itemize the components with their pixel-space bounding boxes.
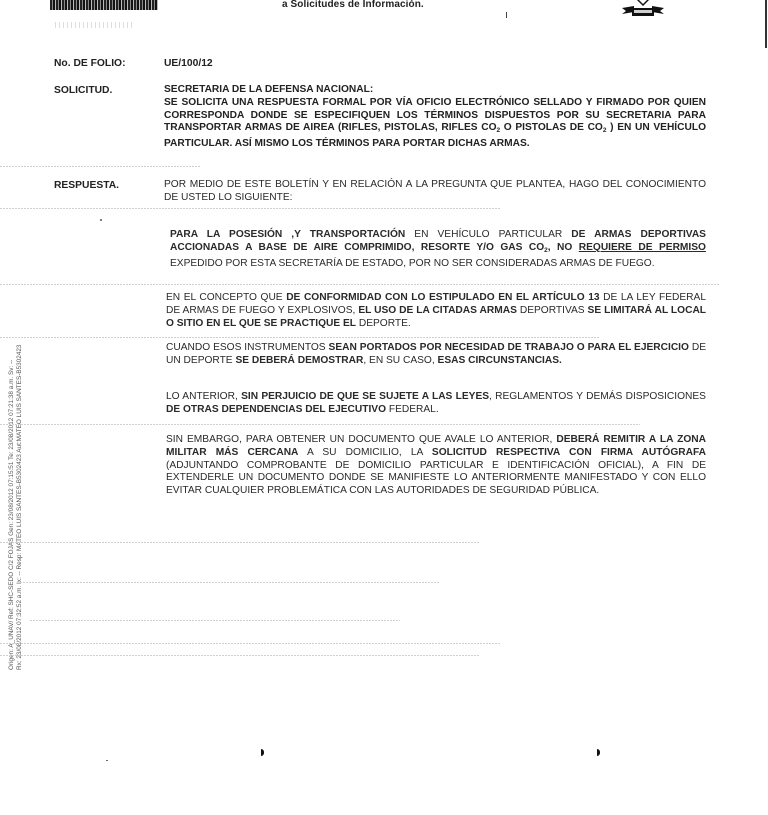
scan-artifact-line [0,643,500,644]
institution-logo [50,0,158,10]
text-bold: SEAN PORTADOS POR NECESIDAD DE TRABAJO O… [329,342,689,353]
scan-artifact-line [0,655,480,656]
scan-mark [506,12,507,18]
text: (ADJUNTANDO COMPROBANTE DE DOMICILIO PAR… [166,460,706,497]
header-subtitle: a Solicitudes de Información. [282,0,424,10]
text: DEPORTE. [356,318,411,329]
solicitud-body: SE SOLICITA UNA RESPUESTA FORMAL POR VÍA… [164,97,706,151]
text: DEPORTIVAS [517,305,588,316]
text-bold: SOLICITUD RESPECTIVA CON FIRMA AUTÓGRAFA [432,447,706,458]
text: FEDERAL. [386,404,439,415]
text: , REGLAMENTOS Y DEMÁS DISPOSICIONES [489,391,706,402]
punch-hole-mark [597,749,600,756]
scan-artifact-line [0,208,500,209]
scan-speck [106,760,108,761]
text: EN EL CONCEPTO QUE [166,292,286,303]
text-bold: SE DEBERÁ DEMOSTRAR [235,355,363,366]
folio-label: No. DE FOLIO: [54,58,126,69]
punch-hole-mark [261,749,264,756]
text: LO ANTERIOR, [166,391,241,402]
text: , EN SU CASO, [363,355,437,366]
respuesta-paragraph-4: LO ANTERIOR, SIN PERJUICIO DE QUE SE SUJ… [166,391,706,417]
scan-artifact-line [0,166,200,167]
scan-artifact-line [20,582,440,583]
scanned-document-page: a Solicitudes de Información. Origen: A_… [0,0,768,815]
page-edge-mark [765,0,767,48]
text-bold-underline: REQUIERE DE PERMISO [579,242,706,253]
respuesta-paragraph-5: SIN EMBARGO, PARA OBTENER UN DOCUMENTO Q… [166,434,706,498]
folio-value: UE/100/12 [164,58,706,69]
respuesta-label: RESPUESTA. [54,180,119,191]
respuesta-intro: POR MEDIO DE ESTE BOLETÍN Y EN RELACIÓN … [164,179,706,205]
government-emblem-icon [620,0,666,18]
scan-artifact-line [0,424,640,425]
text-bold: PARA LA POSESIÓN ,Y TRANSPORTACIÓN [170,229,405,240]
solicitud-body-part: O PISTOLAS DE CO [500,122,603,133]
scan-speck [100,219,102,221]
respuesta-paragraph-1: PARA LA POSESIÓN ,Y TRANSPORTACIÓN EN VE… [170,229,706,270]
respuesta-paragraph-2: EN EL CONCEPTO QUE DE CONFORMIDAD CON LO… [166,292,706,330]
solicitud-recipient: SECRETARIA DE LA DEFENSA NACIONAL: [164,84,706,97]
text: A SU DOMICILIO, LA [298,447,431,458]
text-bold: ESAS CIRCUNSTANCIAS. [438,355,562,366]
text-bold: DE OTRAS DEPENDENCIAS DEL EJECUTIVO [166,404,386,415]
text-bold: EL USO DE LA CITADAS ARMAS [358,305,517,316]
scan-artifact-line [0,284,720,285]
text: EN VEHÍCULO PARTICULAR [405,229,571,240]
scan-artifact-line [0,337,600,338]
text: EXPEDIDO POR ESTA SECRETARÍA DE ESTADO, … [170,258,655,269]
text: CUANDO ESOS INSTRUMENTOS [166,342,329,353]
respuesta-paragraph-3: CUANDO ESOS INSTRUMENTOS SEAN PORTADOS P… [166,342,706,368]
text: SIN EMBARGO, PARA OBTENER UN DOCUMENTO Q… [166,434,556,445]
text-bold: SIN PERJUICIO DE QUE SE SUJETE A LAS LEY… [241,391,489,402]
text-bold: , NO [548,242,579,253]
margin-stamp-origin: Origen: A_UNAV/ Ref: SHC-SEDO C/2 FOJAS … [8,360,15,670]
faint-header-text [55,22,135,28]
scan-artifact-line [30,620,400,621]
scan-artifact-line [0,542,480,543]
solicitud-label: SOLICITUD. [54,85,112,96]
text-bold: DE CONFORMIDAD CON LO ESTIPULADO EN EL A… [286,292,599,303]
margin-stamp-receipt: Rx: 23/08/2012 07:32:52 a.m. Ix: -- Resp… [16,345,23,670]
solicitud-text: SECRETARIA DE LA DEFENSA NACIONAL: SE SO… [164,84,706,151]
